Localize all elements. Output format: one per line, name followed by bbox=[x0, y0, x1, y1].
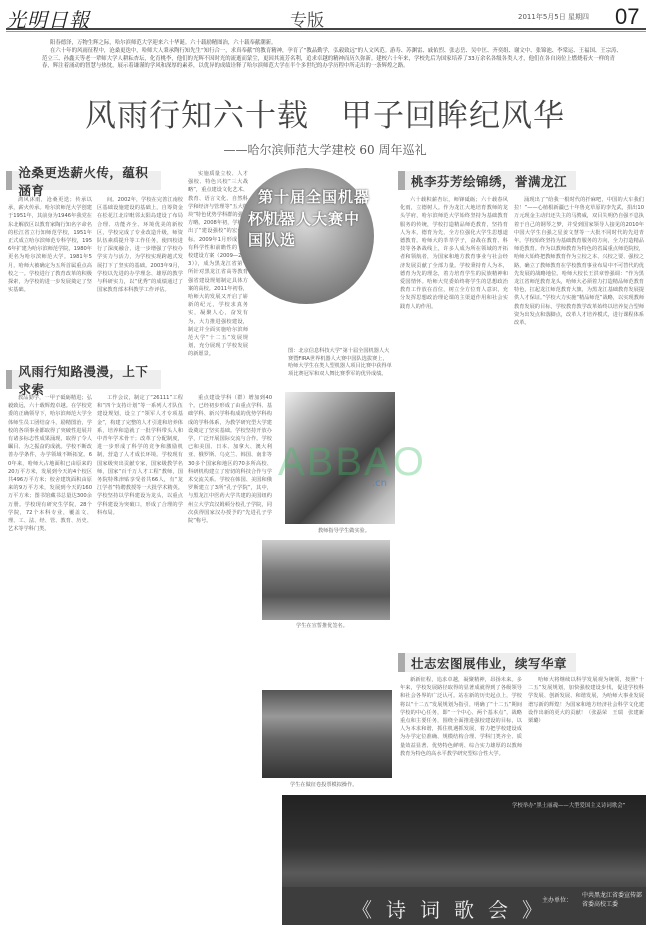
paragraph: 六十载积薪杏坛，师锋砥砺；六十载春风化雨，立德树人。作为龙江大地培育教师的龙头学… bbox=[400, 196, 508, 311]
intro-paragraph: 阳春德泽，万物生辉之际，哈尔滨师范大学迎来六十华诞。六十载励精图治，六十载奉献潮… bbox=[42, 40, 622, 48]
section-1-col-2: 间。2002年，学校在完善江南校区基础设施建设的基础上，自筹资金在松花江北岸毗邻… bbox=[97, 196, 183, 366]
paragraph: 间。2002年，学校在完善江南校区基础设施建设的基础上，自筹资金在松花江北岸毗邻… bbox=[97, 196, 183, 294]
heading-bar bbox=[6, 171, 12, 190]
section-2-col-2: 工作会议，制定了“26111”工程和“四个支持计划”等一系列人才队伍建设规划，设… bbox=[97, 394, 183, 924]
masthead-rule bbox=[6, 28, 646, 30]
paragraph: 实施质量立校、人才强校、特色兴校“三大战略”，重点建设文化艺术、教育、语言文化、… bbox=[188, 170, 248, 359]
paragraph: 重点建设学科（群）增加到40个。已经初步形成了由重点学科、基础学科、新兴学科构成… bbox=[188, 394, 272, 525]
photo-student-exam bbox=[262, 690, 392, 778]
organizer-line: 中共黑龙江省委宣传部 bbox=[582, 891, 642, 900]
photo-robot-contest: 第十届全国机器人大 杯机器人大赛中国队选 bbox=[238, 168, 374, 304]
organizer-names: 中共黑龙江省委宣传部 省委高校工委 bbox=[582, 891, 642, 909]
section-heading-text: 风雨行知路漫漫，上下求索 bbox=[18, 362, 161, 398]
paragraph: 涌现出了“给我一根时代的扦麻吧，中国的大车我们拉！”——心植根新疆已十年鲁克草原… bbox=[514, 196, 644, 327]
intro-block: 阳春德泽，万物生辉之际，哈尔滨师范大学迎来六十华诞。六十载励精图治，六十载奉献潮… bbox=[42, 40, 622, 71]
photo-poetry-gala: 学校举办“黑土丽魂——大型爱国主义诗词歌会” 《诗词歌会》 主办单位： 中共黑龙… bbox=[282, 795, 646, 925]
photo-caption-teacher: 教师指导学生做实验。 bbox=[318, 528, 370, 536]
photo-caption-robot: 图：北京信息科技大学“第十届全国机器人大赛暨FIRA世界机器人大赛中国队选拔赛上… bbox=[288, 348, 392, 378]
issue-date: 2011年5月5日 星期四 bbox=[518, 12, 589, 22]
section-heading-3: 桃李芬芳绘锦绣，誉满龙江 bbox=[398, 171, 576, 190]
organizer-label: 主办单位： bbox=[542, 896, 572, 905]
section-heading-1: 沧桑更迭薪火传，蕴积涵育 bbox=[6, 171, 161, 190]
section-heading-2: 风雨行知路漫漫，上下求索 bbox=[6, 370, 161, 389]
photo-students bbox=[262, 540, 390, 620]
stage-title: 《诗词歌会》 bbox=[352, 894, 556, 923]
section-heading-text: 壮志宏图展伟业，续写华章 bbox=[411, 654, 567, 672]
section-heading-text: 桃李芬芳绘锦绣，誉满龙江 bbox=[411, 172, 567, 190]
section-3-col-1: 六十载积薪杏坛，师锋砥砺；六十载春风化雨，立德树人。作为龙江大地培育教师的龙头学… bbox=[400, 196, 508, 636]
intro-paragraph: 在六十年的风雨征程中，沧桑更迭中，哈师大人秉承陶行知先生“知行合一，求真奉献”的… bbox=[42, 48, 622, 71]
paragraph: 教品勤学，一甲子砥砺精进；弘毅致远，六十载辉煌卓越。在学校党委的正确领导下，哈尔… bbox=[8, 394, 92, 533]
section-1-col-3: 实施质量立校、人才强校、特色兴校“三大战略”，重点建设文化艺术、教育、语言文化、… bbox=[188, 170, 248, 366]
masthead-rule-thin bbox=[6, 31, 646, 32]
organizer-line: 省委高校工委 bbox=[582, 900, 642, 909]
photo-caption-exam: 学生在做征卷投票模拟操作。 bbox=[290, 782, 357, 790]
photo-caption-students: 学生在宣誓推优签名。 bbox=[296, 623, 348, 631]
photo-banner-text: 杯机器人大赛中国队选 bbox=[248, 208, 374, 250]
paragraph: 工作会议，制定了“26111”工程和“四个支持计划”等一系列人才队伍建设规划，设… bbox=[97, 394, 183, 517]
section-2-col-1: 教品勤学，一甲子砥砺精进；弘毅致远，六十载辉煌卓越。在学校党委的正确领导下，哈尔… bbox=[8, 394, 92, 924]
section-heading-4: 壮志宏图展伟业，续写华章 bbox=[398, 653, 576, 672]
watermark-suffix: .cn bbox=[372, 478, 387, 489]
subheadline: ——哈尔滨师范大学建校 60 周年巡礼 bbox=[0, 141, 650, 158]
paragraph: 新新征程，追求卓越，凝聚精神，昂扬未来。多年来，学校发展路径取得的显著成就得到了… bbox=[400, 676, 522, 758]
heading-bar bbox=[398, 171, 405, 190]
paragraph: 哈师大将继续以科学发展观为统领，按照“十二五”发展规划，加快强校建设步伐，促进学… bbox=[528, 676, 644, 725]
headline: 风雨行知六十载 甲子回眸纪风华 bbox=[0, 90, 650, 135]
heading-bar bbox=[6, 370, 12, 389]
page-number: 07 bbox=[615, 4, 639, 30]
section-heading-text: 沧桑更迭薪火传，蕴积涵育 bbox=[18, 163, 161, 199]
section-4-col-1: 新新征程，追求卓越，凝聚精神，昂扬未来。多年来，学校发展路径取得的显著成就得到了… bbox=[400, 676, 522, 788]
heading-bar bbox=[398, 653, 405, 672]
photo-caption-gala: 学校举办“黑土丽魂——大型爱国主义诗词歌会” bbox=[512, 801, 625, 809]
section-4-col-2: 哈师大将继续以科学发展观为统领，按照“十二五”发展规划，加快强校建设步伐，促进学… bbox=[528, 676, 644, 788]
section-2-col-3: 重点建设学科（群）增加到40个。已经初步形成了由重点学科、基础学科、新兴学科构成… bbox=[188, 394, 272, 924]
section-3-col-2: 涌现出了“给我一根时代的扦麻吧，中国的大车我们拉！”——心植根新疆已十年鲁克草原… bbox=[514, 196, 644, 636]
section-1-col-1: 鸿风沐雨，沧桑更迭；传承以承，薪火传承。哈尔滨师范大学创建于1951年，其前身为… bbox=[8, 196, 92, 366]
paragraph: 鸿风沐雨，沧桑更迭；传承以承，薪火传承。哈尔滨师范大学创建于1951年，其前身为… bbox=[8, 196, 92, 294]
